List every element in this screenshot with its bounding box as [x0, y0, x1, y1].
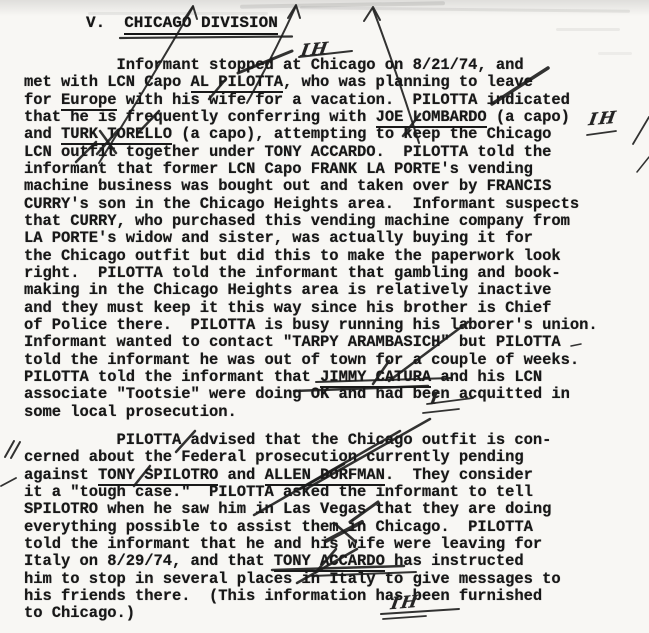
text-run: , who was planning to leave [283, 73, 533, 91]
text-run: with his wife for a vacation. PILOTTA in… [117, 91, 570, 109]
text-run: told the informant that he and his wife … [24, 535, 542, 553]
text-run: informant that former LCN Capo FRANK LA … [24, 160, 533, 178]
text-line: PILOTTA told the informant that JIMMY CA… [24, 369, 598, 386]
text-run: LCN outfit together under TONY ACCARDO. … [24, 143, 551, 161]
paragraph-2: PILOTTA advised that the Chicago outfit … [24, 432, 561, 623]
text-run: Informant stopped at Chicago on 8/21/74,… [24, 56, 524, 74]
text-line: PILOTTA advised that the Chicago outfit … [24, 432, 561, 449]
text-line: associate "Tootsie" were doing OK and ha… [24, 386, 598, 403]
text-run: against [24, 466, 98, 484]
text-line: right. PILOTTA told the informant that g… [24, 265, 598, 282]
text-line: and TURK TORELLO (a capo), attempting to… [24, 126, 598, 143]
text-run: to Chicago.) [24, 604, 135, 622]
text-line: machine business was bought out and take… [24, 178, 598, 195]
text-run: him to stop in several places in Italy t… [24, 570, 561, 588]
text-line: him to stop in several places in Italy t… [24, 571, 561, 588]
margin-tick-1 [5, 441, 14, 457]
text-run: Informant wanted to contact "TARPY ARAMB… [24, 333, 561, 351]
text-line: and they must keep it this way since his… [24, 300, 598, 317]
text-line: cerned about the Federal prosecution cur… [24, 449, 561, 466]
handwritten-initials: IH [299, 39, 331, 61]
text-line: Italy on 8/29/74, and that TONY ACCARDO … [24, 553, 561, 570]
text-run: Italy on 8/29/74, and that [24, 552, 274, 570]
text-line: LA PORTE's widow and sister, was actuall… [24, 230, 598, 247]
text-run: PILOTTA told the informant that [24, 368, 320, 386]
text-run: that CURRY, who purchased this vending m… [24, 212, 570, 230]
text-run: CURRY's son in the Chicago Heights area.… [24, 195, 579, 213]
scan-noise [300, 6, 630, 12]
section-title: CHICAGO DIVISION [124, 14, 278, 35]
text-run: . They consider [385, 466, 533, 484]
text-run: the Chicago outfit but did this to make … [24, 247, 561, 265]
text-line: informant that former LCN Capo FRANK LA … [24, 161, 598, 178]
edge-slash-1 [633, 117, 649, 144]
title-hand-underline [120, 37, 292, 39]
text-run: some local prosecution. [24, 403, 237, 421]
text-line: some local prosecution. [24, 404, 598, 421]
text-line: his friends there. (This information has… [24, 588, 561, 605]
text-run: PILOTTA advised that the Chicago outfit … [24, 431, 551, 449]
handwritten-initials: IH [587, 108, 619, 130]
text-line: Informant wanted to contact "TARPY ARAMB… [24, 334, 598, 351]
margin-dash [1, 478, 16, 486]
text-line: told the informant he was out of town fo… [24, 352, 598, 369]
text-run: (a capo), attempting to keep the Chicago [172, 125, 551, 143]
text-line: met with LCN Capo AL PILOTTA, who was pl… [24, 74, 598, 91]
text-run: it a "tough case." PILOTTA asked the inf… [24, 483, 533, 501]
text-run: and [218, 466, 264, 484]
text-line: that he is frequently conferring with JO… [24, 109, 598, 126]
text-line: the Chicago outfit but did this to make … [24, 248, 598, 265]
text-run: cerned about the Federal prosecution cur… [24, 448, 524, 466]
text-line: making in the Chicago Heights area is re… [24, 282, 598, 299]
text-line: LCN outfit together under TONY ACCARDO. … [24, 144, 598, 161]
handwritten-initials: IH [389, 592, 421, 614]
margin-tick-2 [11, 442, 20, 458]
scan-noise [556, 28, 620, 31]
text-run: everything possible to assist them in Ch… [24, 518, 533, 536]
text-run: associate "Tootsie" were doing OK and ha… [24, 385, 570, 403]
scan-noise [240, 1, 445, 9]
document-page: V.CHICAGO DIVISION Informant stopped at … [0, 0, 649, 633]
text-line: SPILOTRO when he saw him in Las Vegas th… [24, 501, 561, 518]
text-run: SPILOTRO when he saw him in Las Vegas th… [24, 500, 551, 518]
text-line: to Chicago.) [24, 605, 561, 622]
text-run: met with LCN Capo [24, 73, 191, 91]
text-run: that he is frequently conferring with [24, 108, 376, 126]
section-heading: V.CHICAGO DIVISION [86, 14, 278, 32]
text-run: for [24, 91, 61, 109]
edge-slash-2 [637, 157, 649, 172]
text-line: it a "tough case." PILOTTA asked the inf… [24, 484, 561, 501]
text-run: right. PILOTTA told the informant that g… [24, 264, 561, 282]
paragraph-1: Informant stopped at Chicago on 8/21/74,… [24, 57, 598, 421]
text-line: of Police there. PILOTTA is busy running… [24, 317, 598, 334]
text-run: LA PORTE's widow and sister, was actuall… [24, 229, 533, 247]
text-line: for Europe with his wife for a vacation.… [24, 92, 598, 109]
text-line: told the informant that he and his wife … [24, 536, 561, 553]
text-run: machine business was bought out and take… [24, 177, 551, 195]
arrowhead-3 [364, 7, 380, 21]
text-run: and they must keep it this way since his… [24, 299, 551, 317]
text-line: everything possible to assist them in Ch… [24, 519, 561, 536]
text-run: has instructed [385, 552, 524, 570]
scan-noise [598, 52, 632, 55]
text-run: and his LCN [431, 368, 542, 386]
text-run: (a capo) [487, 108, 570, 126]
arrowhead-2 [288, 5, 300, 18]
section-number: V. [86, 14, 105, 32]
text-run: his friends there. (This information has… [24, 587, 542, 605]
text-line: CURRY's son in the Chicago Heights area.… [24, 196, 598, 213]
text-line: that CURRY, who purchased this vending m… [24, 213, 598, 230]
text-run: and [24, 125, 61, 143]
text-run: told the informant he was out of town fo… [24, 351, 579, 369]
text-run: of Police there. PILOTTA is busy running… [24, 316, 598, 334]
text-line: against TONY SPILOTRO and ALLEN DORFMAN.… [24, 467, 561, 484]
text-run: making in the Chicago Heights area is re… [24, 281, 551, 299]
